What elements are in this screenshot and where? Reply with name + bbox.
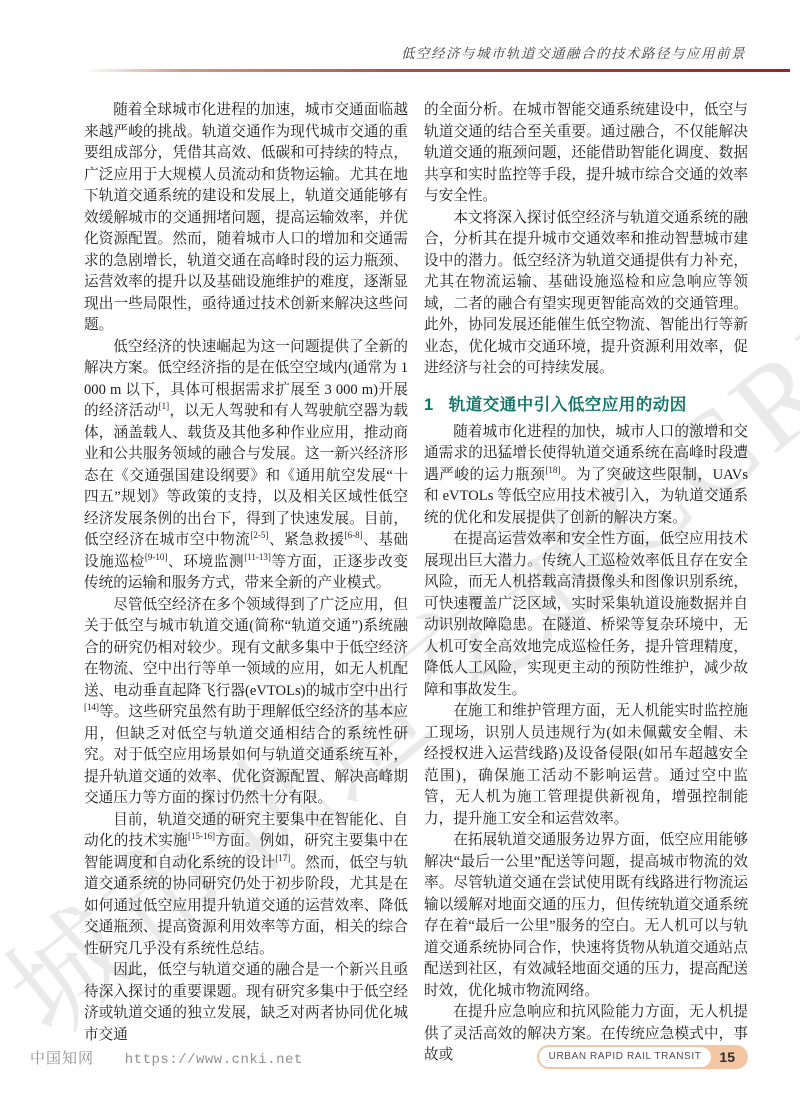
section-heading: 1轨道交通中引入低空应用的动因: [424, 391, 748, 415]
article-body: 随着全球城市化进程的加速，城市交通面临越来越严峻的挑战。轨道交通作为现代城市交通…: [84, 100, 748, 1067]
paragraph: 的全面分析。在城市智能交通系统建设中，低空与轨道交通的结合至关重要。通过融合，不…: [424, 100, 748, 208]
page-footer: 中国知网 https://www.cnki.net URBAN RAPID RA…: [30, 1045, 748, 1069]
right-column: 的全面分析。在城市智能交通系统建设中，低空与轨道交通的结合至关重要。通过融合，不…: [424, 100, 748, 1067]
cnki-url[interactable]: https://www.cnki.net: [125, 1052, 303, 1068]
reference-marker: [11-13]: [244, 552, 271, 562]
page-number: 15: [711, 1049, 746, 1065]
paragraph: 因此，低空与轨道交通的融合是一个新兴且亟待深入探讨的重要课题。现有研究多集中于低…: [84, 960, 408, 1046]
reference-marker: [6-8]: [345, 530, 363, 540]
reference-marker: [2-5]: [250, 530, 268, 540]
paragraph: 低空经济的快速崛起为这一问题提供了全新的解决方案。低空经济指的是在低空空域内(通…: [84, 337, 408, 595]
reference-marker: [14]: [84, 702, 99, 712]
cnki-credit: 中国知网 https://www.cnki.net: [30, 1047, 303, 1068]
section-title: 轨道交通中引入低空应用的动因: [449, 396, 687, 414]
reference-marker: [1]: [159, 401, 170, 411]
reference-marker: [9-10]: [145, 552, 168, 562]
header-rule: [84, 69, 790, 72]
paper-page: 城市轨道交通CCRM 低空经济与城市轨道交通融合的技术路径与应用前景 随着全球城…: [0, 0, 800, 1095]
page-number-badge: URBAN RAPID RAIL TRANSIT 15: [537, 1045, 748, 1069]
paragraph: 本文将深入探讨低空经济与轨道交通系统的融合，分析其在提升城市交通效率和推动智慧城…: [424, 208, 748, 380]
page-header: 低空经济与城市轨道交通融合的技术路径与应用前景: [84, 42, 790, 72]
reference-marker: [18]: [545, 465, 560, 475]
section-number: 1: [424, 396, 434, 414]
paragraph: 在施工和维护管理方面，无人机能实时监控施工现场，识别人员违规行为(如未佩戴安全帽…: [424, 701, 748, 830]
journal-name: URBAN RAPID RAIL TRANSIT: [539, 1047, 712, 1067]
running-title: 低空经济与城市轨道交通融合的技术路径与应用前景: [84, 42, 790, 62]
paragraph: 尽管低空经济在多个领域得到了广泛应用，但关于低空与城市轨道交通(简称“轨道交通”…: [84, 595, 408, 810]
reference-marker: [17]: [275, 853, 290, 863]
cnki-label: 中国知网: [30, 1051, 94, 1067]
paragraph: 在拓展轨道交通服务边界方面，低空应用能够解决“最后一公里”配送等问题，提高城市物…: [424, 830, 748, 1002]
left-column: 随着全球城市化进程的加速，城市交通面临越来越严峻的挑战。轨道交通作为现代城市交通…: [84, 100, 408, 1067]
reference-marker: [15-16]: [188, 831, 215, 841]
paragraph: 目前，轨道交通的研究主要集中在智能化、自动化的技术实施[15-16]方面。例如，…: [84, 810, 408, 961]
paragraph: 随着全球城市化进程的加速，城市交通面临越来越严峻的挑战。轨道交通作为现代城市交通…: [84, 100, 408, 337]
paragraph: 在提高运营效率和安全性方面，低空应用技术展现出巨大潜力。传统人工巡检效率低且存在…: [424, 529, 748, 701]
paragraph: 随着城市化进程的加快，城市人口的激增和交通需求的迅猛增长使得轨道交通系统在高峰时…: [424, 422, 748, 530]
